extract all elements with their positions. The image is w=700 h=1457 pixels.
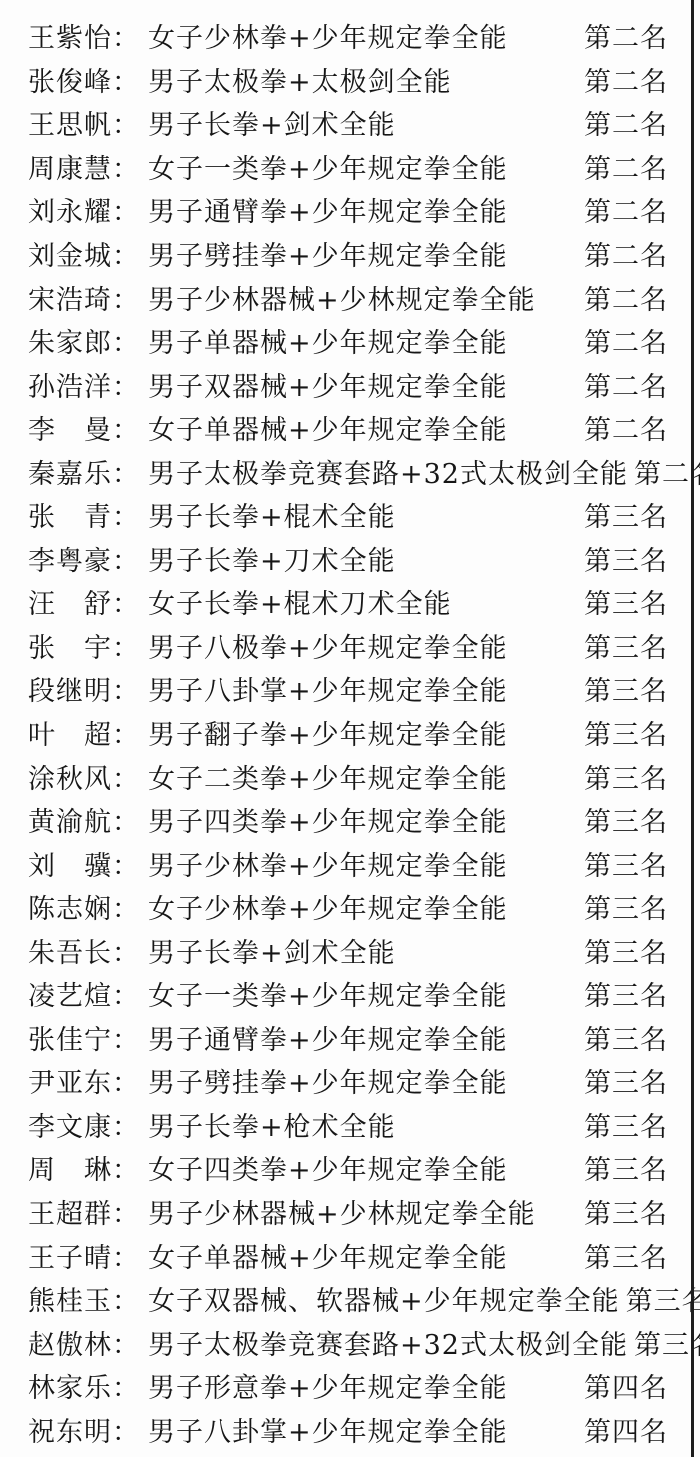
rank-label: 第三名 <box>578 626 668 665</box>
event-description: 女子少林拳+少年规定拳全能 <box>148 16 508 55</box>
rank-label: 第二名 <box>578 60 668 99</box>
athlete-name: 叶 超 <box>28 713 112 752</box>
name-colon: ： <box>112 452 139 491</box>
name-colon: ： <box>112 757 139 796</box>
result-row: 赵傲林 ： 男子太极拳竞赛套路+32式太极剑全能 第三名 <box>28 1320 668 1364</box>
page-edge-line <box>691 0 694 1457</box>
rank-label: 第三名 <box>620 1279 700 1318</box>
result-row: 李文康 ： 男子长拳+枪术全能 第三名 <box>28 1103 668 1147</box>
result-row: 陈志娴 ： 女子少林拳+少年规定拳全能 第三名 <box>28 885 668 929</box>
name-colon: ： <box>112 103 139 142</box>
athlete-name: 尹亚东 <box>28 1061 112 1100</box>
rank-label: 第二名 <box>578 321 668 360</box>
rank-label: 第二名 <box>578 408 668 447</box>
event-description: 男子长拳+枪术全能 <box>148 1105 396 1144</box>
name-colon: ： <box>112 408 139 447</box>
athlete-name: 王子晴 <box>28 1236 112 1275</box>
result-row: 尹亚东 ： 男子劈挂拳+少年规定拳全能 第三名 <box>28 1059 668 1103</box>
name-colon: ： <box>112 1018 139 1057</box>
athlete-name: 宋浩琦 <box>28 278 112 317</box>
result-row: 张 宇 ： 男子八极拳+少年规定拳全能 第三名 <box>28 624 668 668</box>
athlete-name: 李 曼 <box>28 408 112 447</box>
athlete-name: 黄渝航 <box>28 800 112 839</box>
event-description: 男子单器械+少年规定拳全能 <box>148 321 508 360</box>
rank-label: 第三名 <box>578 539 668 578</box>
rank-label: 第二名 <box>578 365 668 404</box>
result-row: 汪 舒 ： 女子长拳+棍术刀术全能 第三名 <box>28 580 668 624</box>
rank-label: 第三名 <box>578 713 668 752</box>
name-colon: ： <box>112 887 139 926</box>
name-colon: ： <box>112 800 139 839</box>
result-row: 秦嘉乐 ： 男子太极拳竞赛套路+32式太极剑全能 第二名 <box>28 449 668 493</box>
rank-label: 第二名 <box>578 190 668 229</box>
event-description: 女子双器械、软器械+少年规定拳全能 <box>148 1279 620 1318</box>
athlete-name: 张俊峰 <box>28 60 112 99</box>
rank-label: 第三名 <box>578 1018 668 1057</box>
result-row: 朱家郎 ： 男子单器械+少年规定拳全能 第二名 <box>28 319 668 363</box>
athlete-name: 张佳宁 <box>28 1018 112 1057</box>
name-colon: ： <box>112 1279 139 1318</box>
rank-label: 第三名 <box>578 1236 668 1275</box>
rank-label: 第三名 <box>578 1061 668 1100</box>
result-row: 凌艺煊 ： 女子一类拳+少年规定拳全能 第三名 <box>28 972 668 1016</box>
name-colon: ： <box>112 365 139 404</box>
event-description: 女子单器械+少年规定拳全能 <box>148 1236 508 1275</box>
event-description: 男子长拳+棍术全能 <box>148 495 396 534</box>
rank-label: 第二名 <box>578 16 668 55</box>
rank-label: 第二名 <box>628 452 700 491</box>
name-colon: ： <box>112 1410 139 1449</box>
rank-label: 第三名 <box>578 844 668 883</box>
event-description: 男子长拳+剑术全能 <box>148 103 396 142</box>
athlete-name: 熊桂玉 <box>28 1279 112 1318</box>
athlete-name: 刘永耀 <box>28 190 112 229</box>
event-description: 女子二类拳+少年规定拳全能 <box>148 757 508 796</box>
rank-label: 第二名 <box>578 234 668 273</box>
athlete-name: 赵傲林 <box>28 1323 112 1362</box>
rank-label: 第四名 <box>578 1410 668 1449</box>
result-row: 涂秋风 ： 女子二类拳+少年规定拳全能 第三名 <box>28 754 668 798</box>
result-row: 叶 超 ： 男子翻子拳+少年规定拳全能 第三名 <box>28 711 668 755</box>
name-colon: ： <box>112 234 139 273</box>
result-row: 祝东明 ： 男子八卦掌+少年规定拳全能 第四名 <box>28 1408 668 1452</box>
rank-label: 第三名 <box>578 1148 668 1187</box>
rank-label: 第三名 <box>628 1323 700 1362</box>
name-colon: ： <box>112 1061 139 1100</box>
name-colon: ： <box>112 713 139 752</box>
result-row: 李 曼 ： 女子单器械+少年规定拳全能 第二名 <box>28 406 668 450</box>
result-row: 刘金城 ： 男子劈挂拳+少年规定拳全能 第二名 <box>28 232 668 276</box>
athlete-name: 涂秋风 <box>28 757 112 796</box>
event-description: 男子太极拳竞赛套路+32式太极剑全能 <box>148 1323 628 1362</box>
result-row: 林家乐 ： 男子形意拳+少年规定拳全能 第四名 <box>28 1364 668 1408</box>
athlete-name: 王思帆 <box>28 103 112 142</box>
name-colon: ： <box>112 626 139 665</box>
event-description: 女子单器械+少年规定拳全能 <box>148 408 508 447</box>
result-row: 周 琳 ： 女子四类拳+少年规定拳全能 第三名 <box>28 1146 668 1190</box>
result-row: 王思帆 ： 男子长拳+剑术全能 第二名 <box>28 101 668 145</box>
athlete-name: 李粤豪 <box>28 539 112 578</box>
athlete-name: 陈志娴 <box>28 887 112 926</box>
event-description: 男子形意拳+少年规定拳全能 <box>148 1366 508 1405</box>
result-row: 黄渝航 ： 男子四类拳+少年规定拳全能 第三名 <box>28 798 668 842</box>
event-description: 女子长拳+棍术刀术全能 <box>148 582 452 621</box>
athlete-name: 朱吾长 <box>28 931 112 970</box>
athlete-name: 祝东明 <box>28 1410 112 1449</box>
name-colon: ： <box>112 1192 139 1231</box>
athlete-name: 凌艺煊 <box>28 974 112 1013</box>
athlete-name: 刘 骥 <box>28 844 112 883</box>
event-description: 男子太极拳竞赛套路+32式太极剑全能 <box>148 452 628 491</box>
event-description: 男子少林拳+少年规定拳全能 <box>148 844 508 883</box>
result-row: 刘 骥 ： 男子少林拳+少年规定拳全能 第三名 <box>28 841 668 885</box>
athlete-name: 王超群 <box>28 1192 112 1231</box>
rank-label: 第三名 <box>578 669 668 708</box>
result-row: 张 青 ： 男子长拳+棍术全能 第三名 <box>28 493 668 537</box>
result-row: 朱吾长 ： 男子长拳+剑术全能 第三名 <box>28 928 668 972</box>
rank-label: 第三名 <box>578 887 668 926</box>
rank-label: 第三名 <box>578 931 668 970</box>
result-row: 周康慧 ： 女子一类拳+少年规定拳全能 第二名 <box>28 145 668 189</box>
athlete-name: 刘金城 <box>28 234 112 273</box>
event-description: 男子通臂拳+少年规定拳全能 <box>148 190 508 229</box>
event-description: 女子一类拳+少年规定拳全能 <box>148 147 508 186</box>
name-colon: ： <box>112 321 139 360</box>
rank-label: 第四名 <box>578 1366 668 1405</box>
name-colon: ： <box>112 974 139 1013</box>
name-colon: ： <box>112 1236 139 1275</box>
result-row: 王超群 ： 男子少林器械+少林规定拳全能 第三名 <box>28 1190 668 1234</box>
name-colon: ： <box>112 1323 139 1362</box>
event-description: 男子少林器械+少林规定拳全能 <box>148 278 536 317</box>
rank-label: 第三名 <box>578 1192 668 1231</box>
athlete-name: 汪 舒 <box>28 582 112 621</box>
name-colon: ： <box>112 539 139 578</box>
athlete-name: 周 琳 <box>28 1148 112 1187</box>
results-list: 王紫怡 ： 女子少林拳+少年规定拳全能 第二名 张俊峰 ： 男子太极拳+太极剑全… <box>0 0 700 1451</box>
rank-label: 第二名 <box>578 103 668 142</box>
event-description: 男子八极拳+少年规定拳全能 <box>148 626 508 665</box>
result-row: 孙浩洋 ： 男子双器械+少年规定拳全能 第二名 <box>28 362 668 406</box>
event-description: 女子四类拳+少年规定拳全能 <box>148 1148 508 1187</box>
result-row: 段继明 ： 男子八卦掌+少年规定拳全能 第三名 <box>28 667 668 711</box>
name-colon: ： <box>112 582 139 621</box>
result-row: 熊桂玉 ： 女子双器械、软器械+少年规定拳全能 第三名 <box>28 1277 668 1321</box>
event-description: 男子双器械+少年规定拳全能 <box>148 365 508 404</box>
name-colon: ： <box>112 278 139 317</box>
athlete-name: 王紫怡 <box>28 16 112 55</box>
athlete-name: 林家乐 <box>28 1366 112 1405</box>
name-colon: ： <box>112 60 139 99</box>
result-row: 王子晴 ： 女子单器械+少年规定拳全能 第三名 <box>28 1233 668 1277</box>
rank-label: 第三名 <box>578 974 668 1013</box>
rank-label: 第二名 <box>578 147 668 186</box>
athlete-name: 张 青 <box>28 495 112 534</box>
athlete-name: 周康慧 <box>28 147 112 186</box>
rank-label: 第三名 <box>578 1105 668 1144</box>
event-description: 男子翻子拳+少年规定拳全能 <box>148 713 508 752</box>
athlete-name: 朱家郎 <box>28 321 112 360</box>
event-description: 男子少林器械+少林规定拳全能 <box>148 1192 536 1231</box>
event-description: 男子通臂拳+少年规定拳全能 <box>148 1018 508 1057</box>
athlete-name: 孙浩洋 <box>28 365 112 404</box>
name-colon: ： <box>112 16 139 55</box>
result-row: 张俊峰 ： 男子太极拳+太极剑全能 第二名 <box>28 58 668 102</box>
rank-label: 第三名 <box>578 800 668 839</box>
name-colon: ： <box>112 147 139 186</box>
athlete-name: 秦嘉乐 <box>28 452 112 491</box>
event-description: 男子长拳+剑术全能 <box>148 931 396 970</box>
name-colon: ： <box>112 844 139 883</box>
event-description: 女子少林拳+少年规定拳全能 <box>148 887 508 926</box>
result-row: 张佳宁 ： 男子通臂拳+少年规定拳全能 第三名 <box>28 1016 668 1060</box>
name-colon: ： <box>112 1366 139 1405</box>
result-row: 王紫怡 ： 女子少林拳+少年规定拳全能 第二名 <box>28 14 668 58</box>
name-colon: ： <box>112 190 139 229</box>
name-colon: ： <box>112 1148 139 1187</box>
name-colon: ： <box>112 1105 139 1144</box>
result-row: 李粤豪 ： 男子长拳+刀术全能 第三名 <box>28 537 668 581</box>
event-description: 女子一类拳+少年规定拳全能 <box>148 974 508 1013</box>
event-description: 男子劈挂拳+少年规定拳全能 <box>148 234 508 273</box>
name-colon: ： <box>112 495 139 534</box>
event-description: 男子长拳+刀术全能 <box>148 539 396 578</box>
event-description: 男子八卦掌+少年规定拳全能 <box>148 1410 508 1449</box>
name-colon: ： <box>112 669 139 708</box>
athlete-name: 张 宇 <box>28 626 112 665</box>
rank-label: 第三名 <box>578 757 668 796</box>
rank-label: 第二名 <box>578 278 668 317</box>
result-row: 宋浩琦 ： 男子少林器械+少林规定拳全能 第二名 <box>28 275 668 319</box>
athlete-name: 段继明 <box>28 669 112 708</box>
athlete-name: 李文康 <box>28 1105 112 1144</box>
rank-label: 第三名 <box>578 495 668 534</box>
name-colon: ： <box>112 931 139 970</box>
event-description: 男子劈挂拳+少年规定拳全能 <box>148 1061 508 1100</box>
event-description: 男子太极拳+太极剑全能 <box>148 60 452 99</box>
result-row: 刘永耀 ： 男子通臂拳+少年规定拳全能 第二名 <box>28 188 668 232</box>
event-description: 男子四类拳+少年规定拳全能 <box>148 800 508 839</box>
rank-label: 第三名 <box>578 582 668 621</box>
event-description: 男子八卦掌+少年规定拳全能 <box>148 669 508 708</box>
